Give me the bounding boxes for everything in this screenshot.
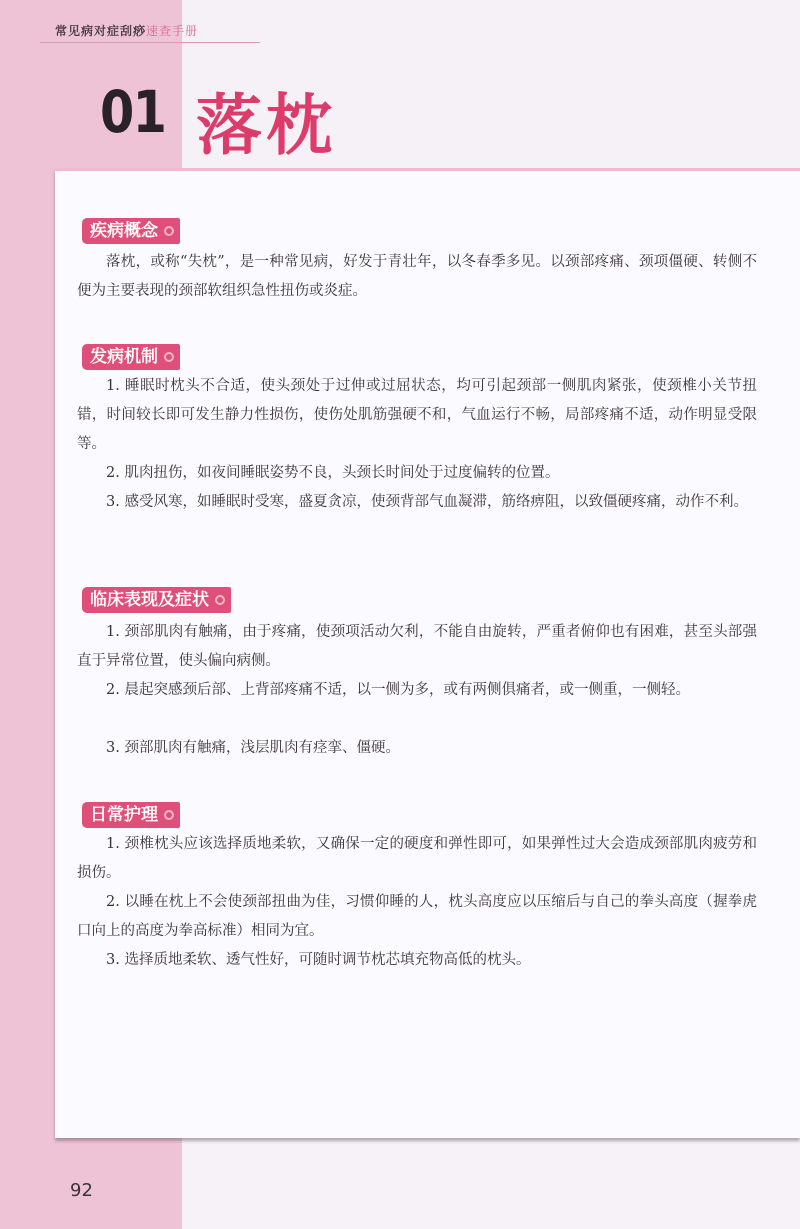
paragraph: 2. 晨起突感颈后部、上背部疼痛不适，以一侧为多，或有两侧俱痛者，或一侧重，一侧… — [77, 676, 757, 705]
paragraph: 3. 颈部肌肉有触痛，浅层肌肉有痉挛、僵硬。 — [77, 734, 757, 763]
paragraph: 2. 肌肉扭伤，如夜间睡眠姿势不良，头颈长时间处于过度偏转的位置。 — [77, 459, 757, 488]
section-tag-label: 疾病概念 — [90, 218, 158, 244]
paragraph: 3. 选择质地柔软、透气性好，可随时调节枕芯填充物高低的枕头。 — [77, 946, 757, 975]
chapter-number: 01 — [100, 78, 165, 146]
paragraph: 2. 以睡在枕上不会使颈部扭曲为佳，习惯仰睡的人，枕头高度应以压缩后与自己的拳头… — [77, 888, 757, 946]
running-head-title: 常见病对症刮痧 — [55, 24, 146, 38]
running-head: 常见病对症刮痧速查手册 — [55, 22, 198, 39]
running-head-subtitle: 速查手册 — [146, 24, 198, 38]
circle-ornament-icon — [164, 352, 174, 362]
circle-ornament-icon — [164, 226, 174, 236]
paragraph: 落枕，或称“失枕”，是一种常见病，好发于青壮年，以冬春季多见。以颈部疼痛、颈项僵… — [77, 248, 757, 306]
paragraph: 1. 颈椎枕头应该选择质地柔软，又确保一定的硬度和弹性即可，如果弹性过大会造成颈… — [77, 830, 757, 888]
section-tag-label: 发病机制 — [90, 344, 158, 370]
running-head-rule — [40, 42, 260, 43]
section-tag-label: 日常护理 — [90, 802, 158, 828]
paragraph: 1. 颈部肌肉有触痛，由于疼痛，使颈项活动欠利，不能自由旋转，严重者俯仰也有困难… — [77, 618, 757, 676]
chapter-title: 落枕 — [196, 72, 336, 167]
section-tag-label: 临床表现及症状 — [90, 587, 209, 613]
section-tag-mechanism: 发病机制 — [82, 344, 180, 370]
section-tag-concept: 疾病概念 — [82, 218, 180, 244]
circle-ornament-icon — [215, 595, 225, 605]
circle-ornament-icon — [164, 810, 174, 820]
page-number: 92 — [70, 1180, 93, 1201]
section-tag-care: 日常护理 — [82, 802, 180, 828]
paragraph: 3. 感受风寒，如睡眠时受寒，盛夏贪凉，使颈背部气血凝滞，筋络痹阻，以致僵硬疼痛… — [77, 488, 757, 517]
paragraph: 1. 睡眠时枕头不合适，使头颈处于过伸或过屈状态，均可引起颈部一侧肌肉紧张，使颈… — [77, 372, 757, 459]
section-tag-symptoms: 临床表现及症状 — [82, 587, 231, 613]
